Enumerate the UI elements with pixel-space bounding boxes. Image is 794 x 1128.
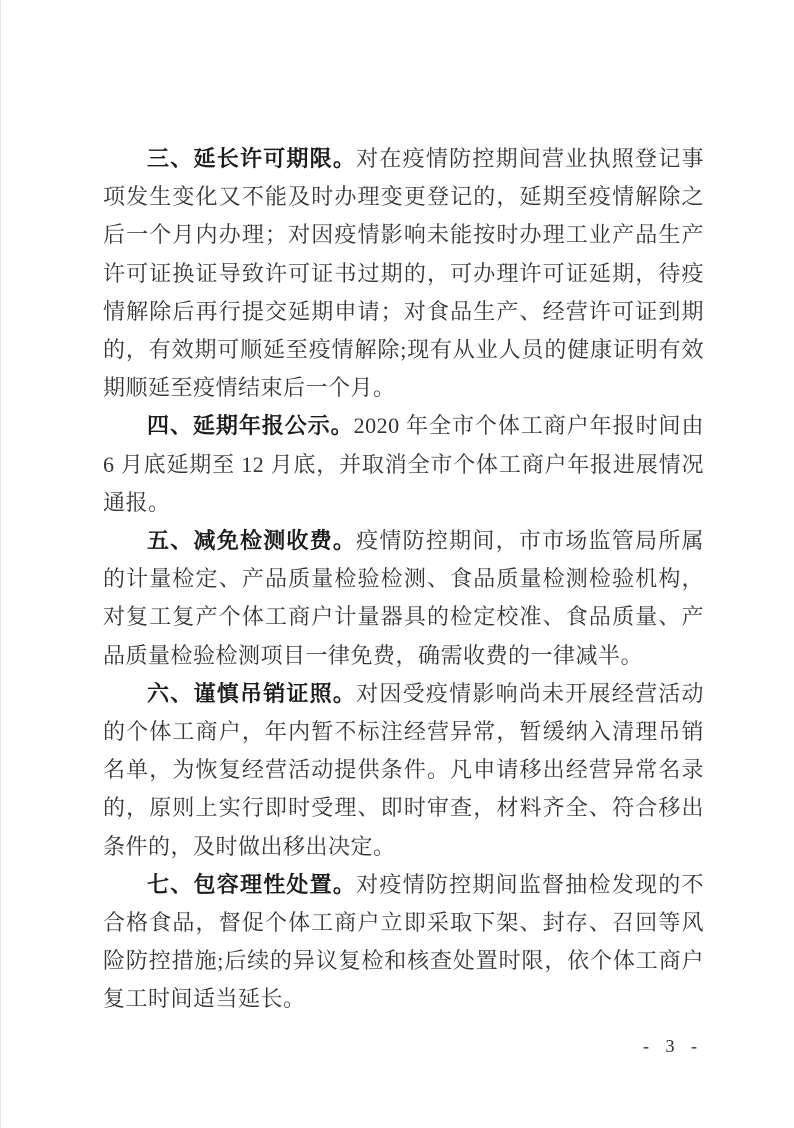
section-heading: 五、减免检测收费。 — [147, 528, 356, 553]
section-paragraph: 三、延长许可期限。对在疫情防控期间营业执照登记事项发生变化又不能及时办理变更登记… — [103, 140, 704, 407]
section-paragraph: 五、减免检测收费。疫情防控期间，市市场监管局所属的计量检定、产品质量检验检测、食… — [103, 522, 704, 675]
section-heading: 七、包容理性处置。 — [147, 872, 356, 897]
section-heading: 三、延长许可期限。 — [147, 146, 356, 171]
document-page: 三、延长许可期限。对在疫情防控期间营业执照登记事项发生变化又不能及时办理变更登记… — [0, 0, 794, 1128]
document-body: 三、延长许可期限。对在疫情防控期间营业执照登记事项发生变化又不能及时办理变更登记… — [103, 140, 704, 1019]
section-body-text: 对因受疫情影响尚未开展经营活动的个体工商户，年内暂不标注经营异常，暂缓纳入清理吊… — [103, 681, 704, 859]
section-body-text: 对在疫情防控期间营业执照登记事项发生变化又不能及时办理变更登记的，延期至疫情解除… — [103, 146, 704, 400]
section-paragraph: 七、包容理性处置。对疫情防控期间监督抽检发现的不合格食品，督促个体工商户立即采取… — [103, 866, 704, 1019]
section-paragraph: 六、谨慎吊销证照。对因受疫情影响尚未开展经营活动的个体工商户，年内暂不标注经营异… — [103, 675, 704, 866]
section-heading: 四、延期年报公示。 — [147, 413, 354, 438]
scan-edge-line — [0, 0, 1, 1128]
section-heading: 六、谨慎吊销证照。 — [147, 681, 356, 706]
page-number: - 3 - — [628, 1036, 718, 1057]
section-paragraph: 四、延期年报公示。2020 年全市个体工商户年报时间由 6 月底延期至 12 月… — [103, 407, 704, 522]
